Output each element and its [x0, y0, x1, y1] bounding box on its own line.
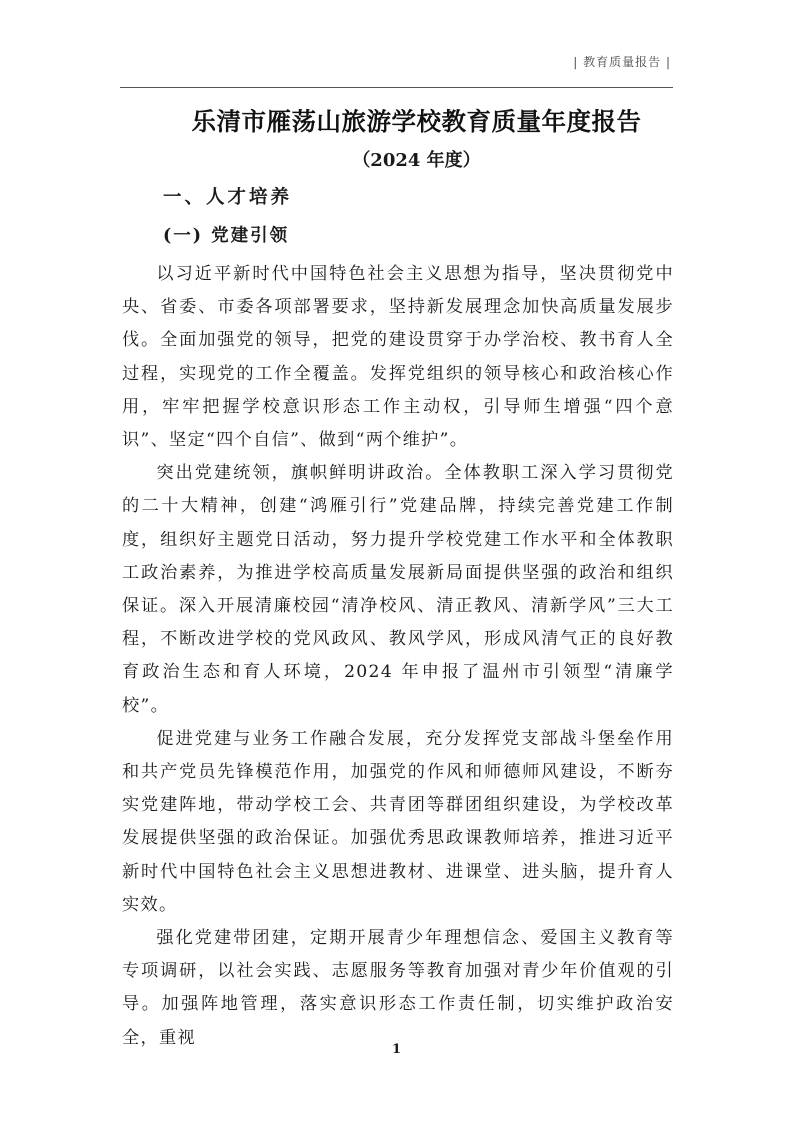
document-subtitle: （2024 年度） [0, 146, 793, 172]
document-title: 乐清市雁荡山旅游学校教育质量年度报告 [0, 103, 793, 138]
running-header: | 教育质量报告 | [573, 53, 671, 70]
paragraph: 以习近平新时代中国特色社会主义思想为指导，坚决贯彻党中央、省委、市委各项部署要求… [122, 258, 674, 457]
page-number: 1 [0, 1042, 793, 1057]
section-heading: 一、人才培养 [163, 183, 292, 209]
header-divider [120, 87, 673, 88]
body-text: 以习近平新时代中国特色社会主义思想为指导，坚决贯彻党中央、省委、市委各项部署要求… [122, 258, 674, 1055]
paragraph: 促进党建与业务工作融合发展，充分发挥党支部战斗堡垒作用和共产党员先锋模范作用，加… [122, 723, 674, 922]
subsection-heading: (一) 党建引领 [163, 222, 289, 247]
paragraph: 强化党建带团建，定期开展青少年理想信念、爱国主义教育等专项调研，以社会实践、志愿… [122, 922, 674, 1055]
paragraph: 突出党建统领，旗帜鲜明讲政治。全体教职工深入学习贯彻党的二十大精神，创建“鸿雁引… [122, 457, 674, 723]
